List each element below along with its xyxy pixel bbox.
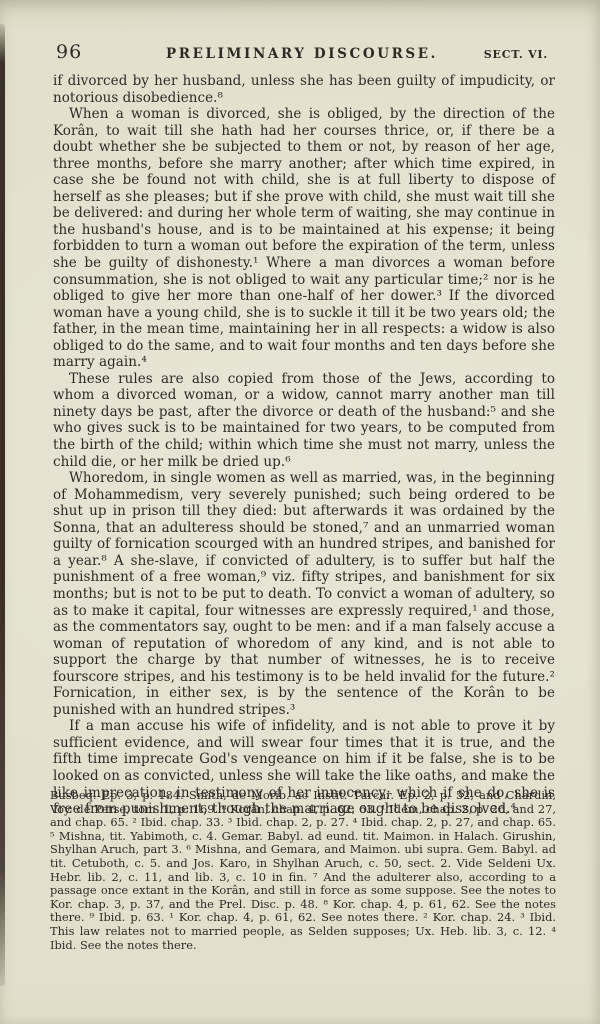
- running-title: PRELIMINARY DISCOURSE.: [146, 46, 458, 62]
- page-number: 96: [56, 41, 146, 63]
- paragraph-continuation: if divorced by her husband, unless she h…: [53, 73, 555, 106]
- footnote-block: Busbeq. Ep. 3, p. 184. Smith, de Morib. …: [50, 789, 556, 952]
- scan-edge-shadow: [0, 24, 5, 986]
- paragraph: These rules are also copied from those o…: [53, 371, 555, 470]
- paragraph: Whoredom, in single women as well as mar…: [53, 470, 555, 718]
- section-label: SECT. VI.: [458, 48, 548, 61]
- body-text: if divorced by her husband, unless she h…: [53, 73, 555, 818]
- paragraph: When a woman is divorced, she is obliged…: [53, 106, 555, 371]
- book-page: 96 PRELIMINARY DISCOURSE. SECT. VI. if d…: [0, 0, 600, 1024]
- page-header: 96 PRELIMINARY DISCOURSE. SECT. VI.: [56, 41, 548, 63]
- footnotes-section: Busbeq. Ep. 3, p. 184. Smith, de Morib. …: [50, 789, 556, 952]
